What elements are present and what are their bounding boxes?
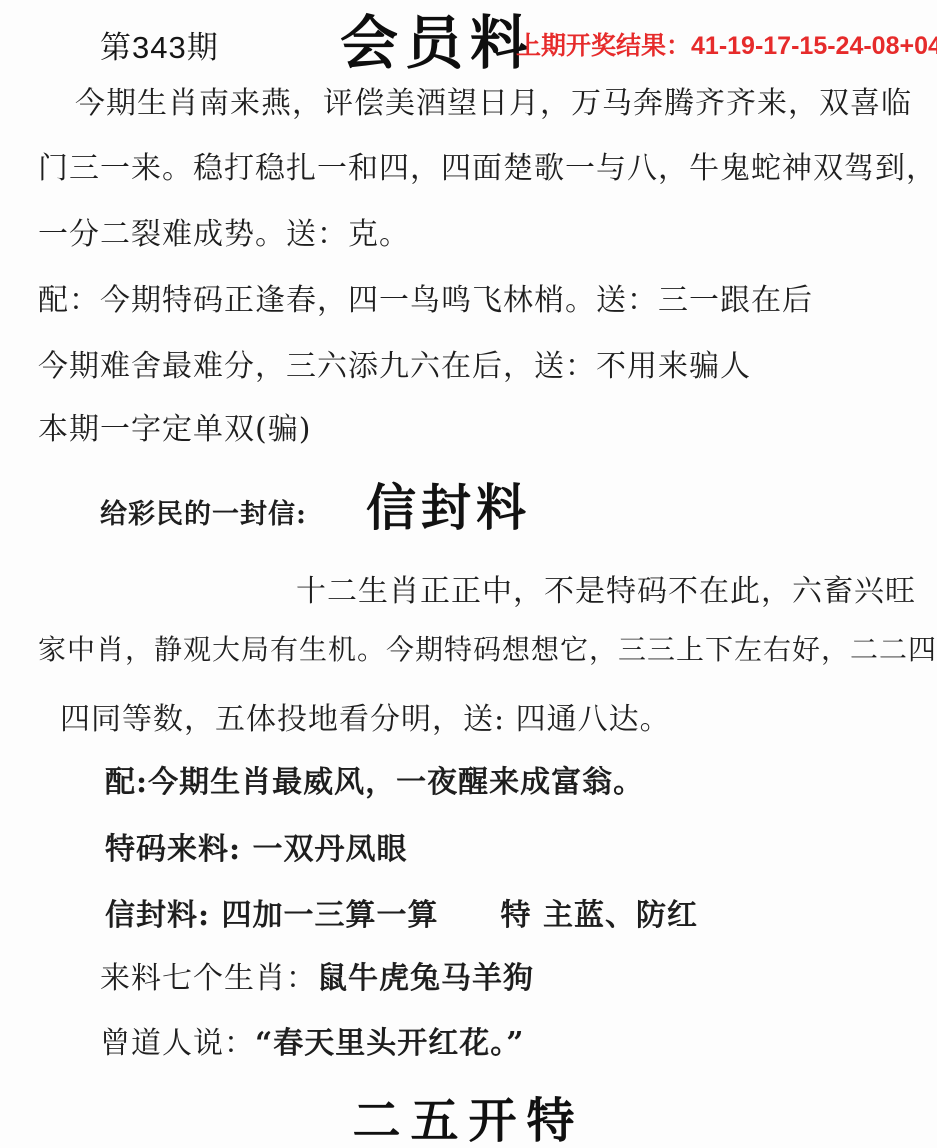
letter-line-6: 信封料: 四加一三算一算 特 主蓝、防红 <box>105 890 698 934</box>
letter-intro: 给彩民的一封信: <box>100 492 307 531</box>
poem-line-5: 今期难舍最难分，三六添九六在后，送：不用来骗人 <box>38 341 751 385</box>
zodiac-value: 鼠牛虎兔马羊狗 <box>317 961 534 996</box>
last-draw-result: 上期开奖结果：41-19-17-15-24-08+04 <box>516 26 937 62</box>
letter-line-1: 十二生肖正正中，不是特码不在此，六畜兴旺 <box>296 566 916 610</box>
letter-line-3: 四同等数，五体投地看分明，送: 四通八达。 <box>60 694 671 738</box>
sheet-title: 会员料 <box>340 0 535 80</box>
poem-line-6: 本期一字定单双(骗) <box>38 404 311 448</box>
letter-line-2: 家中肖，静观大局有生机。今期特码想想它，三三上下左右好，二二四 <box>38 628 937 668</box>
poem-line-1: 今期生肖南来燕，评偿美酒望日月，万马奔腾齐齐来，双喜临 <box>75 78 912 122</box>
quote-value: “春天里头开红花。” <box>255 1026 525 1061</box>
poem-line-4: 配：今期特码正逢春，四一鸟鸣飞林梢。送：三一跟在后 <box>38 275 813 319</box>
footer-prediction: 二五开特 <box>0 1082 937 1148</box>
poem-line-2: 门三一来。稳打稳扎一和四，四面楚歌一与八，牛鬼蛇神双驾到， <box>38 143 937 187</box>
quote-label: 曾道人说： <box>100 1026 255 1061</box>
issue-number: 第343期 <box>100 22 219 67</box>
quote-line: 曾道人说：“春天里头开红花。” <box>100 1018 525 1062</box>
zodiac-line: 来料七个生肖：鼠牛虎兔马羊狗 <box>100 953 534 997</box>
last-draw-result-label: 上期开奖结果： <box>516 32 691 60</box>
letter-line-5: 特码来料: 一双丹凤眼 <box>105 824 408 868</box>
last-draw-result-numbers: 41-19-17-15-24-08+04 <box>691 32 937 60</box>
letter-line-4: 配:今期生肖最威风，一夜醒来成富翁。 <box>105 757 644 801</box>
letter-title: 信封料 <box>366 468 531 540</box>
zodiac-label: 来料七个生肖： <box>100 961 317 996</box>
tip-sheet-page: 第343期 会员料 上期开奖结果：41-19-17-15-24-08+04 今期… <box>0 0 937 1148</box>
poem-line-3: 一分二裂难成势。送：克。 <box>38 209 410 253</box>
